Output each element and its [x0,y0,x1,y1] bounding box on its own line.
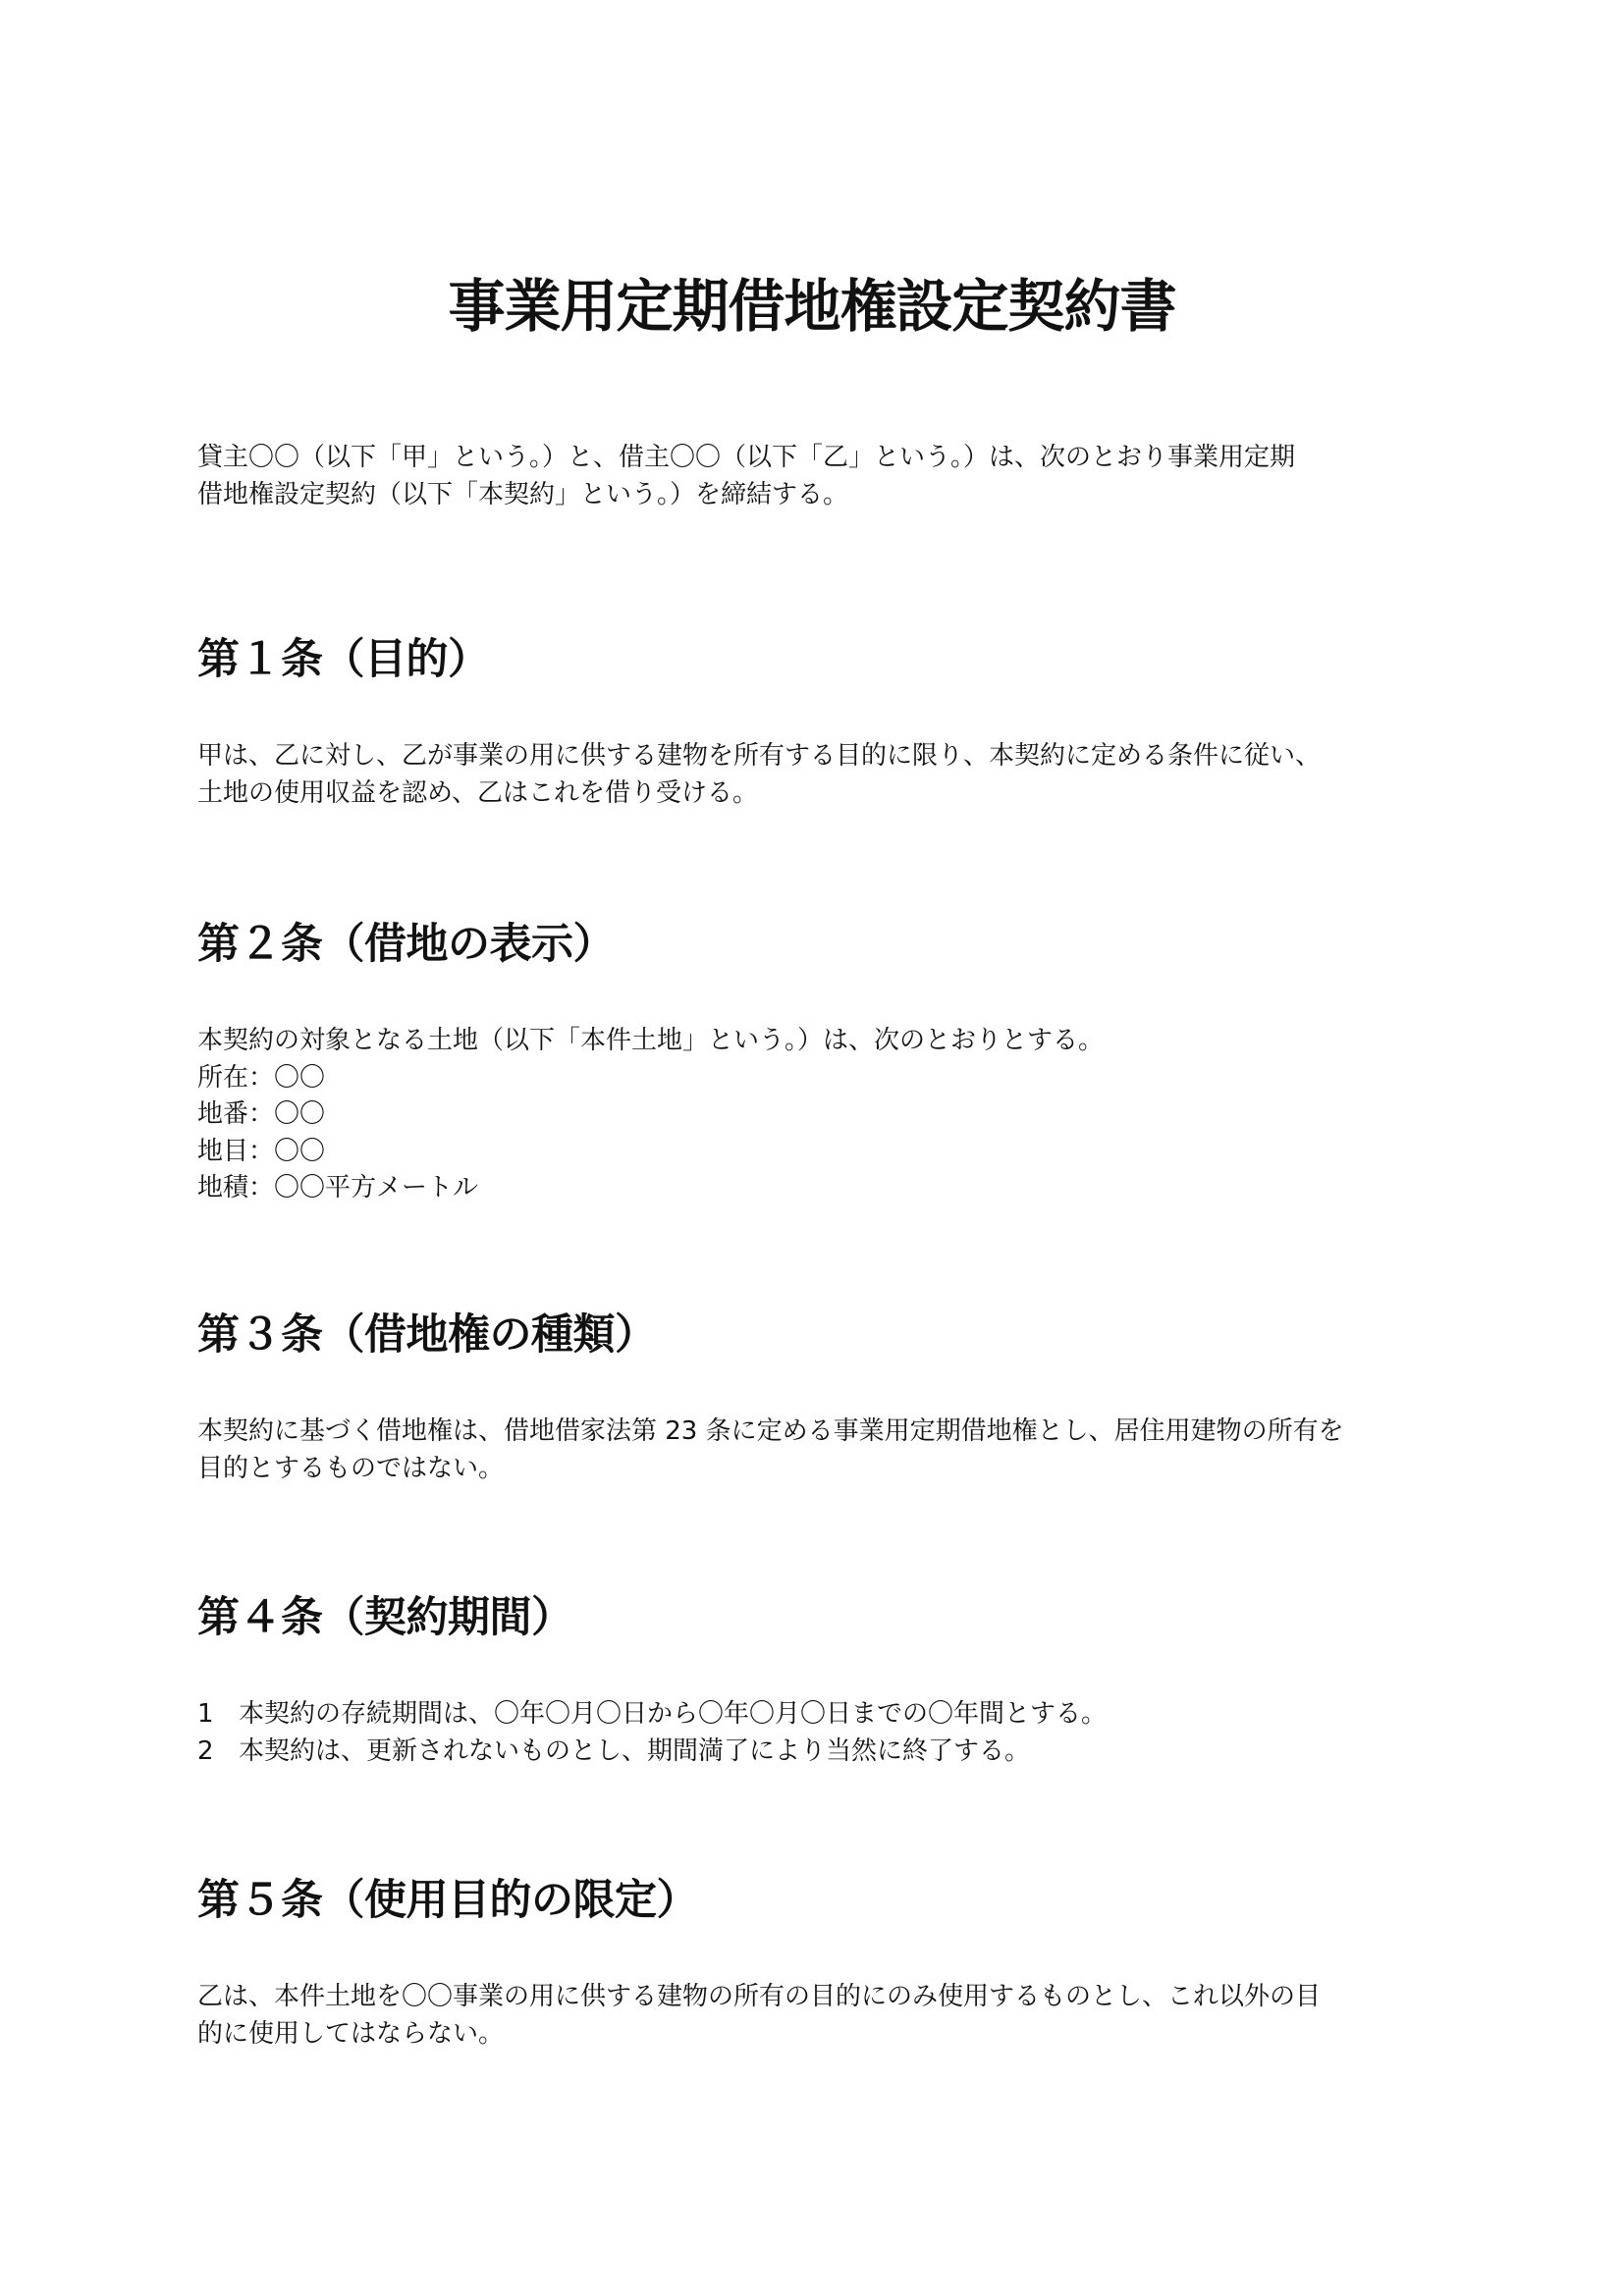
article-line: 目的とするものではない。 [197,1451,1435,1488]
intro-paragraph: 貸主〇〇（以下「甲」という。）と、借主〇〇（以下「乙」という。）は、次のとおり事… [197,439,1435,513]
article-body: 本契約に基づく借地権は、借地借家法第 23 条に定める事業用定期借地権とし、居住… [197,1414,1435,1487]
article-heading: 第５条（使用目的の限定） [197,1871,1435,1930]
numbered-item: 2本契約は、更新されないものとし、期間満了により当然に終了する。 [197,1734,1435,1771]
article-body: 乙は、本件土地を〇〇事業の用に供する建物の所有の目的にのみ使用するものとし、これ… [197,1979,1435,2053]
article-4: 第４条（契約期間） 1本契約の存続期間は、〇年〇月〇日から〇年〇月〇日までの〇年… [197,1588,1435,1770]
item-text: 本契約は、更新されないものとし、期間満了により当然に終了する。 [239,1736,1030,1766]
article-line: 土地の使用収益を認め、乙はこれを借り受ける。 [197,775,1435,813]
article-heading: 第２条（借地の表示） [197,915,1435,974]
document-page: 事業用定期借地権設定契約書 貸主〇〇（以下「甲」という。）と、借主〇〇（以下「乙… [0,0,1624,2296]
article-5: 第５条（使用目的の限定） 乙は、本件土地を〇〇事業の用に供する建物の所有の目的に… [197,1871,1435,2053]
article-3: 第３条（借地権の種類） 本契約に基づく借地権は、借地借家法第 23 条に定める事… [197,1306,1435,1487]
land-lot-number: 地番：〇〇 [197,1096,1435,1134]
article-2: 第２条（借地の表示） 本契約の対象となる土地（以下「本件土地」という。）は、次の… [197,915,1435,1207]
article-line: 本契約に基づく借地権は、借地借家法第 23 条に定める事業用定期借地権とし、居住… [197,1414,1435,1451]
land-category: 地目：〇〇 [197,1134,1435,1171]
article-line: 本契約の対象となる土地（以下「本件土地」という。）は、次のとおりとする。 [197,1023,1435,1060]
land-area: 地積：〇〇平方メートル [197,1170,1435,1207]
intro-line: 借地権設定契約（以下「本契約」という。）を締結する。 [197,476,1435,513]
item-number: 1 [197,1696,239,1734]
item-text: 本契約の存続期間は、〇年〇月〇日から〇年〇月〇日までの〇年間とする。 [239,1699,1107,1729]
numbered-item: 1本契約の存続期間は、〇年〇月〇日から〇年〇月〇日までの〇年間とする。 [197,1696,1435,1734]
article-1: 第１条（目的） 甲は、乙に対し、乙が事業の用に供する建物を所有する目的に限り、本… [197,630,1435,812]
article-body: 甲は、乙に対し、乙が事業の用に供する建物を所有する目的に限り、本契約に定める条件… [197,738,1435,812]
article-heading: 第３条（借地権の種類） [197,1306,1435,1364]
article-line: 的に使用してはならない。 [197,2016,1435,2054]
article-body: 1本契約の存続期間は、〇年〇月〇日から〇年〇月〇日までの〇年間とする。 2本契約… [197,1696,1435,1770]
document-title: 事業用定期借地権設定契約書 [0,267,1624,346]
article-heading: 第１条（目的） [197,630,1435,689]
item-number: 2 [197,1734,239,1771]
article-heading: 第４条（契約期間） [197,1588,1435,1647]
land-location: 所在：〇〇 [197,1060,1435,1097]
article-line: 乙は、本件土地を〇〇事業の用に供する建物の所有の目的にのみ使用するものとし、これ… [197,1979,1435,2016]
intro-line: 貸主〇〇（以下「甲」という。）と、借主〇〇（以下「乙」という。）は、次のとおり事… [197,439,1435,476]
article-body: 本契約の対象となる土地（以下「本件土地」という。）は、次のとおりとする。 所在：… [197,1023,1435,1207]
article-line: 甲は、乙に対し、乙が事業の用に供する建物を所有する目的に限り、本契約に定める条件… [197,738,1435,775]
